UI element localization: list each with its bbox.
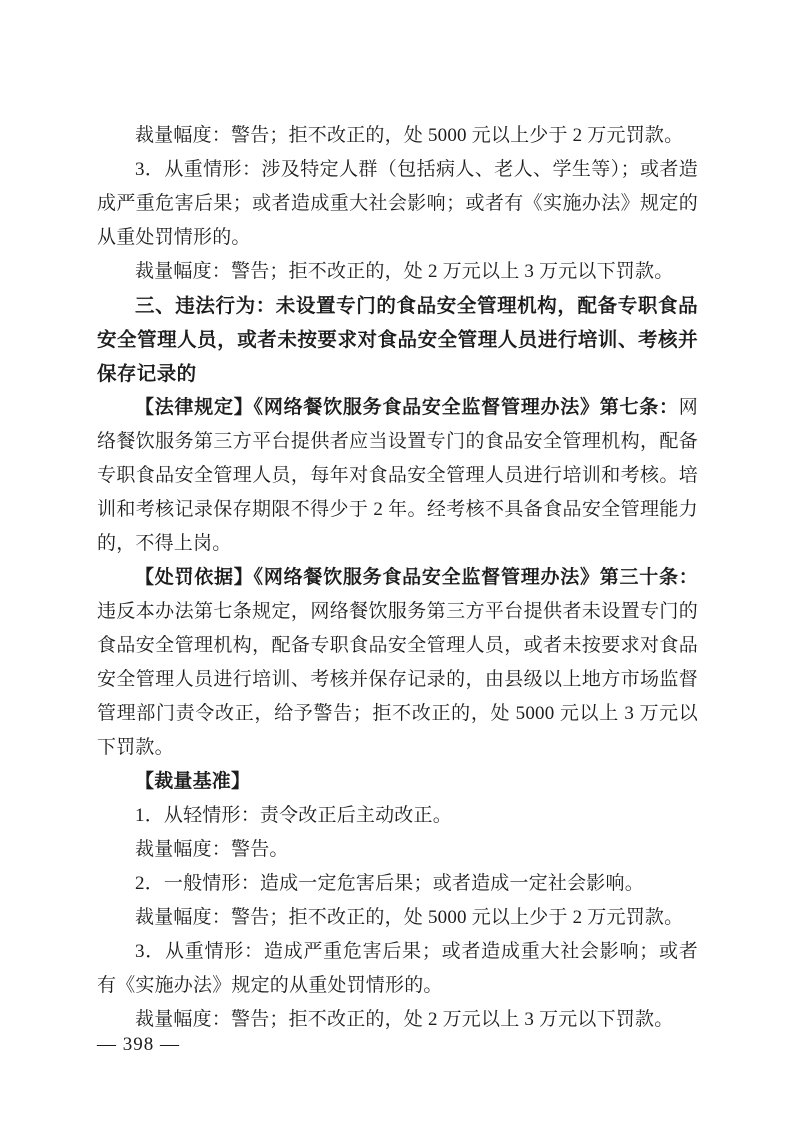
heading-text: 三、违法行为：未设置专门的食品安全管理机构，配备专职食品安全管理人员，或者未按要… [97,295,698,385]
mitigating-case-paragraph: 1．从轻情形：责令改正后主动改正。 [97,799,698,833]
discretion-range-paragraph: 裁量幅度：警告；拒不改正的，处 2 万元以上 3 万元以下罚款。 [97,1003,698,1037]
paragraph-text: 2．一般情形：造成一定危害后果；或者造成一定社会影响。 [135,873,644,894]
penalty-basis-label: 【处罚依据】《网络餐饮服务食品安全监督管理办法》第三十条： [135,567,698,588]
discretion-range-paragraph: 裁量幅度：警告；拒不改正的，处 2 万元以上 3 万元以下罚款。 [97,255,698,289]
general-case-paragraph: 2．一般情形：造成一定危害后果；或者造成一定社会影响。 [97,867,698,901]
paragraph-text: 3．从重情形：造成严重危害后果；或者造成重大社会影响；或者有《实施办法》规定的从… [97,941,698,996]
paragraph-text: 裁量幅度：警告；拒不改正的，处 5000 元以上少于 2 万元罚款。 [135,907,683,928]
discretion-range-paragraph: 裁量幅度：警告。 [97,833,698,867]
document-page: 裁量幅度：警告；拒不改正的，处 5000 元以上少于 2 万元罚款。 3．从重情… [0,0,793,1122]
discretion-standard-label: 【裁量基准】 [135,771,250,792]
document-body: 裁量幅度：警告；拒不改正的，处 5000 元以上少于 2 万元罚款。 3．从重情… [97,119,698,1037]
violation-3-heading: 三、违法行为：未设置专门的食品安全管理机构，配备专职食品安全管理人员，或者未按要… [97,289,698,391]
paragraph-text: 裁量幅度：警告；拒不改正的，处 2 万元以上 3 万元以下罚款。 [135,261,673,282]
aggravating-case-paragraph: 3．从重情形：涉及特定人群（包括病人、老人、学生等）；或者造成严重危害后果；或者… [97,153,698,255]
paragraph-text: 违反本办法第七条规定，网络餐饮服务第三方平台提供者未设置专门的食品安全管理机构，… [97,601,698,758]
paragraph-text: 裁量幅度：警告。 [135,839,289,860]
discretion-standard-header: 【裁量基准】 [97,765,698,799]
discretion-range-paragraph: 裁量幅度：警告；拒不改正的，处 5000 元以上少于 2 万元罚款。 [97,901,698,935]
discretion-range-paragraph: 裁量幅度：警告；拒不改正的，处 5000 元以上少于 2 万元罚款。 [97,119,698,153]
paragraph-text: 网络餐饮服务第三方平台提供者应当设置专门的食品安全管理机构，配备专职食品安全管理… [97,397,698,554]
paragraph-text: 1．从轻情形：责令改正后主动改正。 [135,805,452,826]
legal-provision-paragraph: 【法律规定】《网络餐饮服务食品安全监督管理办法》第七条：网络餐饮服务第三方平台提… [97,391,698,561]
paragraph-text: 3．从重情形：涉及特定人群（包括病人、老人、学生等）；或者造成严重危害后果；或者… [97,159,698,248]
paragraph-text: 裁量幅度：警告；拒不改正的，处 2 万元以上 3 万元以下罚款。 [135,1009,673,1030]
aggravating-case-paragraph: 3．从重情形：造成严重危害后果；或者造成重大社会影响；或者有《实施办法》规定的从… [97,935,698,1003]
page-number: — 398 — [97,1031,180,1059]
paragraph-text: 裁量幅度：警告；拒不改正的，处 5000 元以上少于 2 万元罚款。 [135,125,683,146]
legal-provision-label: 【法律规定】《网络餐饮服务食品安全监督管理办法》第七条： [135,397,679,418]
penalty-basis-paragraph: 【处罚依据】《网络餐饮服务食品安全监督管理办法》第三十条：违反本办法第七条规定，… [97,561,698,765]
